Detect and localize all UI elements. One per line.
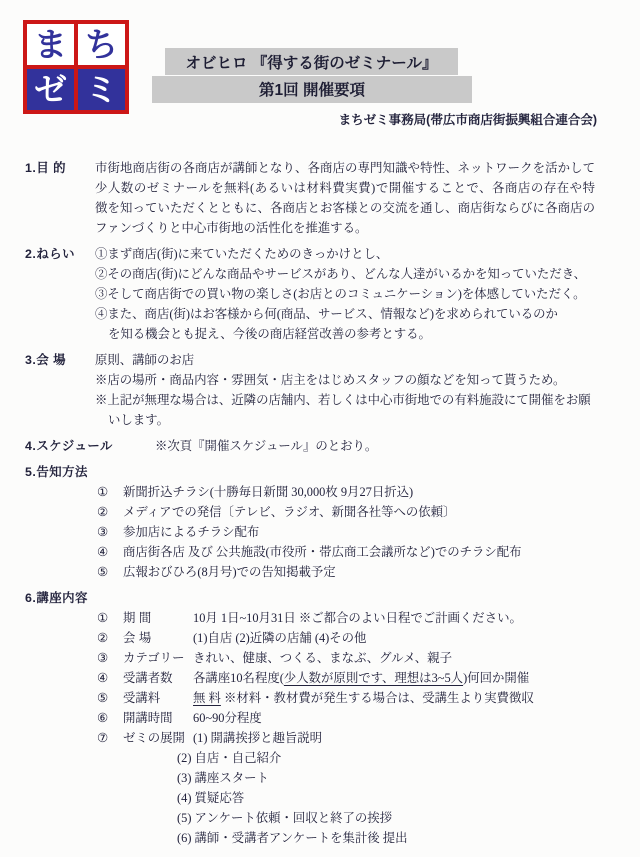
item-number: ①: [97, 608, 123, 628]
title-line-2: 第1回 開催要項: [152, 76, 472, 103]
item-text: 参加店によるチラシ配布: [123, 522, 619, 542]
logo-cell-mi: ミ: [78, 69, 125, 110]
section-announce: 5.告知方法 ① 新聞折込チラシ(十勝毎日新聞 30,000枚 9月27日折込)…: [25, 462, 619, 582]
aim-line: ④また、商店(街)はお客様から何(商品、サービス、情報など)を求められているのか: [95, 304, 619, 324]
item-text: (1)自店 (2)近隣の店舗 (4)その他: [193, 628, 619, 648]
venue-note-wrap: いします。: [95, 410, 619, 430]
item-number: ④: [97, 668, 123, 688]
venue-note: ※上記が無理な場合は、近隣の店舗内、若しくは中心市街地での有料施設にて開催をお願: [95, 390, 619, 410]
flow-step: (2) 自店・自己紹介: [25, 748, 619, 768]
section-purpose-label: 1.目 的: [25, 158, 95, 238]
item-text-underlined: 少人数が原則です、理想は3~5人: [284, 671, 463, 685]
item-text: 60~90分程度: [193, 708, 619, 728]
item-number: ⑥: [97, 708, 123, 728]
course-item-period: ① 期 間 10月 1日~10月31日 ※ご都合のよい日程でご計画ください。: [25, 608, 619, 628]
flow-step: (5) アンケート依頼・回収と終了の挨拶: [25, 808, 619, 828]
item-text-underlined: 無 料: [193, 691, 221, 705]
item-text: 10月 1日~10月31日 ※ご都合のよい日程でご計画ください。: [193, 608, 619, 628]
section-venue-label: 3.会 場: [25, 350, 95, 430]
aim-line: ③そして商店街での買い物の楽しさ(お店とのコミュニケーション)を体感していただく…: [95, 284, 619, 304]
announce-item: ① 新聞折込チラシ(十勝毎日新聞 30,000枚 9月27日折込): [25, 482, 619, 502]
item-text: 無 料 ※材料・教材費が発生する場合は、受講生より実費徴収: [193, 688, 619, 708]
announce-item: ⑤ 広報おびひろ(8月号)での告知掲載予定: [25, 562, 619, 582]
item-number: ③: [97, 648, 123, 668]
flow-step: (3) 講座スタート: [25, 768, 619, 788]
section-aim: 2.ねらい ①まず商店(街)に来ていただくためのきっかけとし、 ②その商店(街)…: [25, 244, 619, 344]
item-text: きれい、健康、つくる、まなぶ、グルメ、親子: [193, 648, 619, 668]
item-name: 開講時間: [123, 708, 193, 728]
document-page: ま ち ゼ ミ オビヒロ 『得する街のゼミナール』 第1回 開催要項 まちゼミ事…: [0, 0, 640, 857]
logo-cell-ma: ま: [27, 24, 74, 65]
item-text: メディアでの発信〔テレビ、ラジオ、新聞各社等への依頼〕: [123, 502, 619, 522]
course-item-venue: ② 会 場 (1)自店 (2)近隣の店舗 (4)その他: [25, 628, 619, 648]
item-number: ①: [97, 482, 123, 502]
section-course: 6.講座内容 ① 期 間 10月 1日~10月31日 ※ご都合のよい日程でご計画…: [25, 588, 619, 848]
item-text-pre: 各講座10名程度(: [193, 671, 284, 685]
announce-item: ③ 参加店によるチラシ配布: [25, 522, 619, 542]
item-name: カテゴリー: [123, 648, 193, 668]
aim-line: ①まず商店(街)に来ていただくためのきっかけとし、: [95, 244, 619, 264]
flow-step: (1) 開講挨拶と趣旨説明: [193, 728, 619, 748]
item-number: ②: [97, 502, 123, 522]
organizer-line: まちゼミ事務局(帯広市商店街振興組合連合会): [339, 110, 597, 128]
course-item-attendees: ④ 受講者数 各講座10名程度(少人数が原則です、理想は3~5人)何回か開催: [25, 668, 619, 688]
item-text: 各講座10名程度(少人数が原則です、理想は3~5人)何回か開催: [193, 668, 619, 688]
document-title: オビヒロ 『得する街のゼミナール』 第1回 開催要項: [152, 48, 472, 103]
item-name: 受講料: [123, 688, 193, 708]
course-item-category: ③ カテゴリー きれい、健康、つくる、まなぶ、グルメ、親子: [25, 648, 619, 668]
section-announce-label: 5.告知方法: [25, 462, 619, 482]
flow-step: (4) 質疑応答: [25, 788, 619, 808]
item-text: 商店街各店 及び 公共施設(市役所・帯広商工会議所など)でのチラシ配布: [123, 542, 619, 562]
item-text-post: )何回か開催: [463, 671, 529, 685]
schedule-note: ※次頁『開催スケジュール』のとおり。: [155, 439, 377, 453]
item-number: ⑦: [97, 728, 123, 748]
logo-cell-chi: ち: [78, 24, 125, 65]
venue-line: 原則、講師のお店: [95, 350, 619, 370]
item-name: 期 間: [123, 608, 193, 628]
purpose-line: 市街地商店街の各商店が講師となり、各商店の専門知識や特性、ネットワークを活かして: [95, 158, 595, 178]
course-item-fee: ⑤ 受講料 無 料 ※材料・教材費が発生する場合は、受講生より実費徴収: [25, 688, 619, 708]
item-name: 受講者数: [123, 668, 193, 688]
section-course-label: 6.講座内容: [25, 588, 619, 608]
aim-line-wrap: を知る機会とも捉え、今後の商店経営改善の参考とする。: [95, 324, 619, 344]
course-item-duration: ⑥ 開講時間 60~90分程度: [25, 708, 619, 728]
course-item-flow: ⑦ ゼミの展開 (1) 開講挨拶と趣旨説明: [25, 728, 619, 748]
aim-line: ②その商店(街)にどんな商品やサービスがあり、どんな人達がいるかを知っていただき…: [95, 264, 619, 284]
item-number: ⑤: [97, 562, 123, 582]
section-purpose: 1.目 的 市街地商店街の各商店が講師となり、各商店の専門知識や特性、ネットワー…: [25, 158, 619, 238]
item-number: ⑤: [97, 688, 123, 708]
purpose-line: 少人数のゼミナールを無料(あるいは材料費実費)で開催することで、各商店の存在や特: [95, 178, 595, 198]
item-number: ④: [97, 542, 123, 562]
announce-item: ④ 商店街各店 及び 公共施設(市役所・帯広商工会議所など)でのチラシ配布: [25, 542, 619, 562]
item-name: 会 場: [123, 628, 193, 648]
item-number: ②: [97, 628, 123, 648]
purpose-line: ファンづくりと中心市街地の活性化を推進する。: [95, 218, 619, 238]
logo-cell-ze: ゼ: [27, 69, 74, 110]
document-body: 1.目 的 市街地商店街の各商店が講師となり、各商店の専門知識や特性、ネットワー…: [25, 158, 619, 854]
purpose-line: 徴を知っていただくとともに、各商店とお客様との交流を通し、商店街ならびに各商店の: [95, 198, 595, 218]
section-schedule-label: 4.スケジュール: [25, 436, 155, 456]
machizemi-logo: ま ち ゼ ミ: [23, 20, 129, 114]
item-text: 広報おびひろ(8月号)での告知掲載予定: [123, 562, 619, 582]
venue-note: ※店の場所・商品内容・雰囲気・店主をはじめスタッフの顔などを知って貰うため。: [95, 370, 619, 390]
item-text: 新聞折込チラシ(十勝毎日新聞 30,000枚 9月27日折込): [123, 482, 619, 502]
announce-item: ② メディアでの発信〔テレビ、ラジオ、新聞各社等への依頼〕: [25, 502, 619, 522]
section-schedule: 4.スケジュール※次頁『開催スケジュール』のとおり。: [25, 436, 619, 456]
item-text-post: ※材料・教材費が発生する場合は、受講生より実費徴収: [221, 691, 534, 705]
title-line-1: オビヒロ 『得する街のゼミナール』: [165, 48, 458, 75]
item-name: ゼミの展開: [123, 728, 193, 748]
item-number: ③: [97, 522, 123, 542]
section-aim-label: 2.ねらい: [25, 244, 95, 344]
section-venue: 3.会 場 原則、講師のお店 ※店の場所・商品内容・雰囲気・店主をはじめスタッフ…: [25, 350, 619, 430]
flow-step: (6) 講師・受講者アンケートを集計後 提出: [25, 828, 619, 848]
